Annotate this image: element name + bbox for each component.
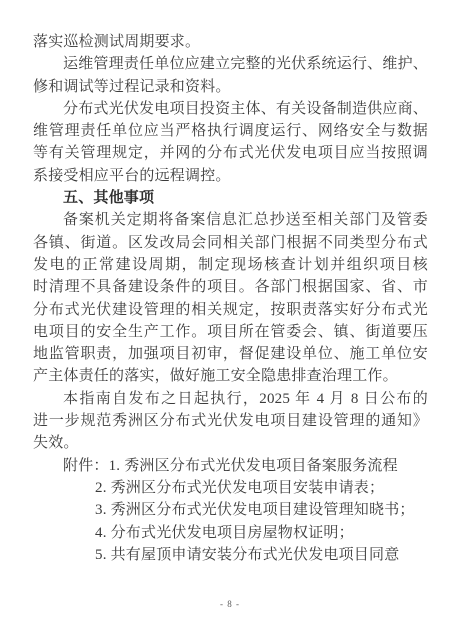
text-line: 维管理责任单位应当严格执行调度运行、网络安全与数据安全	[33, 120, 428, 142]
text-line: 发电的正常建设周期，制定现场核查计划并组织项目核查，及	[33, 254, 428, 276]
text-line: 产主体责任的落实，做好施工安全隐患排查治理工作。	[33, 365, 428, 387]
text-line: 失效。	[33, 432, 428, 454]
attachment-list-line: 5. 共有屋顶申请安装分布式光伏发电项目同意书。	[33, 544, 428, 566]
text-line: 地监管职责，加强项目初审，督促建设单位、施工单位安全生	[33, 343, 428, 365]
text-line: 分布式光伏发电项目投资主体、有关设备制造供应商、运	[33, 98, 428, 120]
attachment-list-line: 3. 秀洲区分布式光伏发电项目建设管理知晓书；	[33, 499, 428, 521]
text-line: 修和调试等过程记录和资料。	[33, 76, 428, 98]
text-line: 备案机关定期将备案信息汇总抄送至相关部门及管委会、	[33, 209, 428, 231]
document-page: 落实巡检测试周期要求。 运维管理责任单位应建立完整的光伏系统运行、维护、检 修和…	[0, 0, 460, 617]
text-line: 电项目的安全生产工作。项目所在管委会、镇、街道要压实属	[33, 321, 428, 343]
text-line: 时清理不具备建设条件的项目。各部门根据国家、省、市关于	[33, 276, 428, 298]
attachment-list-line: 附件：1. 秀洲区分布式光伏发电项目备案服务流程图；	[33, 455, 428, 477]
text-line: 本指南自发布之日起执行，2025 年 4 月 8 日公布的《关于	[33, 388, 428, 410]
text-line: 等有关管理规定，并网的分布式光伏发电项目应当按照调管关	[33, 142, 428, 164]
attachment-list-line: 4. 分布式光伏发电项目房屋物权证明；	[33, 522, 428, 544]
text-line: 运维管理责任单位应建立完整的光伏系统运行、维护、检	[33, 53, 428, 75]
text-line: 系接受相应平台的远程调控。	[33, 165, 428, 187]
attachment-list-line: 2. 秀洲区分布式光伏发电项目安装申请表；	[33, 477, 428, 499]
text-line: 落实巡检测试周期要求。	[33, 31, 428, 53]
text-line: 各镇、街道。区发改局会同相关部门根据不同类型分布式光伏	[33, 232, 428, 254]
document-body: 落实巡检测试周期要求。 运维管理责任单位应建立完整的光伏系统运行、维护、检 修和…	[33, 31, 428, 566]
page-number: - 8 -	[0, 599, 460, 609]
text-line: 分布式光伏建设管理的相关规定，按职责落实好分布式光伏发	[33, 299, 428, 321]
section-heading: 五、其他事项	[33, 187, 428, 209]
text-line: 进一步规范秀洲区分布式光伏发电项目建设管理的通知》自动	[33, 410, 428, 432]
